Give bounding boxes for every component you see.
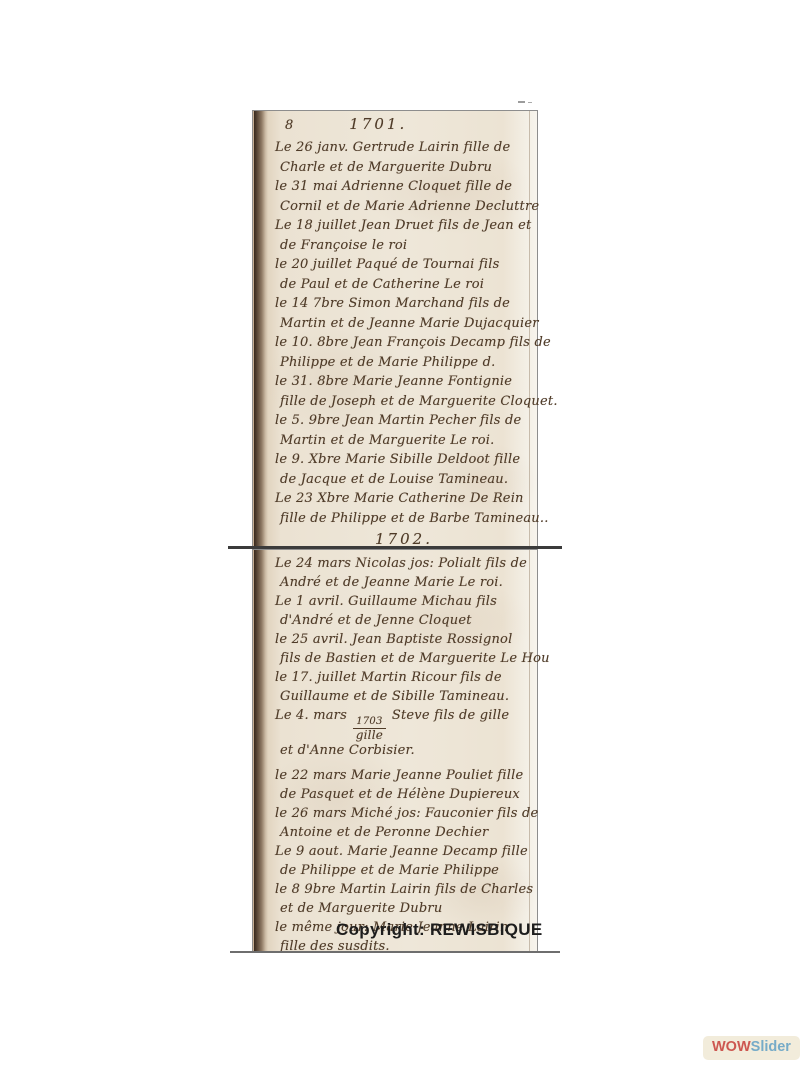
manuscript-line: le 5. 9bre Jean Martin Pecher fils de: [275, 411, 533, 431]
manuscript-line: Le 18 juillet Jean Druet fils de Jean et: [275, 216, 533, 236]
inserted-year-1703: 1703gille: [353, 717, 385, 741]
manuscript-line: Le 4. mars 1703gille Steve fils de gille: [275, 706, 533, 741]
manuscript-line: Le 9 aout. Marie Jeanne Decamp fille: [275, 842, 533, 861]
records-1701: Le 26 janv. Gertrude Lairin fille deChar…: [275, 138, 533, 528]
scan-bottom-line: [230, 951, 560, 953]
manuscript-line: de Pasquet et de Hélène Dupiereux: [280, 785, 533, 804]
manuscript-line: le 26 mars Miché jos: Fauconier fils de: [275, 804, 533, 823]
manuscript-line: Cornil et de Marie Adrienne Decluttre: [280, 197, 533, 217]
manuscript-line: Le 1 avril. Guillaume Michau fils: [275, 592, 533, 611]
manuscript-line: et d'Anne Corbisier.: [280, 741, 533, 760]
manuscript-line: fils de Bastien et de Marguerite Le Hou: [280, 649, 533, 668]
wowslider-badge[interactable]: WOWSlider: [703, 1036, 800, 1060]
page-background: 8 1701. Le 26 janv. Gertrude Lairin fill…: [0, 0, 800, 1067]
scan-seam-line: [228, 546, 562, 549]
manuscript-line: de Paul et de Catherine Le roi: [280, 275, 533, 295]
manuscript-line: André et de Jeanne Marie Le roi.: [280, 573, 533, 592]
manuscript-line: le 14 7bre Simon Marchand fils de: [275, 294, 533, 314]
manuscript-line: Martin et de Jeanne Marie Dujacquier: [280, 314, 533, 334]
manuscript-line: Charle et de Marguerite Dubru: [280, 158, 533, 178]
manuscript-line: Antoine et de Peronne Dechier: [280, 823, 533, 842]
manuscript-scan: 8 1701. Le 26 janv. Gertrude Lairin fill…: [252, 110, 538, 953]
manuscript-line: de Jacque et de Louise Tamineau.: [280, 470, 533, 490]
manuscript-line: Le 26 janv. Gertrude Lairin fille de: [275, 138, 533, 158]
manuscript-line: Le 24 mars Nicolas jos: Polialt fils de: [275, 554, 533, 573]
book-spine-shadow: [254, 550, 268, 952]
manuscript-line: Le 23 Xbre Marie Catherine De Rein: [275, 489, 533, 509]
manuscript-page-1701: 8 1701. Le 26 janv. Gertrude Lairin fill…: [252, 110, 538, 547]
copyright-watermark: Copyright: REWISBIQUE: [336, 920, 543, 940]
manuscript-line: le 31 mai Adrienne Cloquet fille de: [275, 177, 533, 197]
wowslider-wow-text: WOW: [712, 1039, 751, 1055]
manuscript-line: et de Marguerite Dubru: [280, 899, 533, 918]
wowslider-slider-text: Slider: [751, 1039, 791, 1055]
manuscript-line: Philippe et de Marie Philippe d.: [280, 353, 533, 373]
manuscript-line: le 22 mars Marie Jeanne Pouliet fille: [275, 766, 533, 785]
book-spine-shadow: [254, 111, 268, 546]
page-number: 8: [285, 118, 293, 133]
manuscript-line: le 8 9bre Martin Lairin fils de Charles: [275, 880, 533, 899]
manuscript-line: le 25 avril. Jean Baptiste Rossignol: [275, 630, 533, 649]
records-1702-1703: Le 24 mars Nicolas jos: Polialt fils deA…: [275, 554, 533, 956]
manuscript-line: le 31. 8bre Marie Jeanne Fontignie: [275, 372, 533, 392]
manuscript-line: le 9. Xbre Marie Sibille Deldoot fille: [275, 450, 533, 470]
scan-artifact-dash: [518, 101, 525, 103]
manuscript-line: fille de Joseph et de Marguerite Cloquet…: [280, 392, 533, 412]
manuscript-page-1702: Le 24 mars Nicolas jos: Polialt fils deA…: [252, 549, 538, 953]
manuscript-line: le 10. 8bre Jean François Decamp fils de: [275, 333, 533, 353]
year-heading-1701: 1701.: [349, 115, 407, 133]
manuscript-line: fille de Philippe et de Barbe Tamineau..: [280, 509, 533, 529]
manuscript-line: Guillaume et de Sibille Tamineau.: [280, 687, 533, 706]
manuscript-line: le 20 juillet Paqué de Tournai fils: [275, 255, 533, 275]
manuscript-line: de Françoise le roi: [280, 236, 533, 256]
manuscript-line: le 17. juillet Martin Ricour fils de: [275, 668, 533, 687]
manuscript-line: d'André et de Jenne Cloquet: [280, 611, 533, 630]
manuscript-line: Martin et de Marguerite Le roi.: [280, 431, 533, 451]
manuscript-line: de Philippe et de Marie Philippe: [280, 861, 533, 880]
